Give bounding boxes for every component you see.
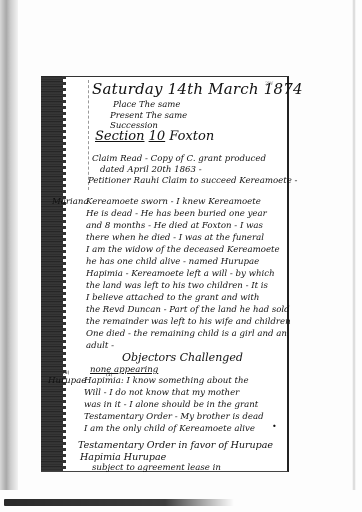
section-number: 10 <box>149 129 166 144</box>
testimony-line: Testamentary Order - My brother is dead <box>84 413 264 422</box>
testimony-line: was in it - I alone should be in the gra… <box>84 401 258 410</box>
present-line: Present The same <box>110 112 187 121</box>
order-line: Testamentary Order in favor of Hurupae <box>78 441 273 451</box>
scanned-document: 2W Saturday 14th March 1874 Place The sa… <box>0 0 362 512</box>
testimony-line: he has one child alive - named Hurupae <box>86 258 259 267</box>
testimony-line: there when he died - I was at the funera… <box>86 234 264 243</box>
claim-line: Claim Read - Copy of C. grant produced <box>92 155 266 164</box>
section-heading: Section 10 Foxton <box>95 130 214 143</box>
testimony-line: the Revd Duncan - Part of the land he ha… <box>86 306 290 315</box>
ink-dot: • <box>272 422 277 431</box>
testimony-line: Hapimia: I know something about the <box>84 377 249 386</box>
testimony-line: I am the widow of the deceased Kereamoet… <box>86 246 280 255</box>
testimony-line: adult - <box>86 342 114 351</box>
section-place: Foxton <box>169 129 214 144</box>
testimony-line: Hapimia - Kereamoete left a will - by wh… <box>86 270 275 279</box>
order-line: Hapimia Hurupae <box>80 453 166 463</box>
claim-line: dated April 20th 1863 - <box>100 166 202 175</box>
date-heading: Saturday 14th March 1874 <box>92 82 303 97</box>
scan-edge-shadow-right <box>352 0 356 490</box>
book-binding-edge <box>41 76 63 471</box>
objectors-heading: Objectors Challenged <box>122 352 243 363</box>
none-appearing-note: none appearing <box>90 366 158 375</box>
scan-edge-shadow-bottom <box>4 499 234 506</box>
margin-rule-line <box>88 80 89 190</box>
testimony-line: He is dead - He has been buried one year <box>86 210 267 219</box>
testimony-line: I believe attached to the grant and with <box>86 294 259 303</box>
scan-edge-shadow-left <box>0 0 18 490</box>
testimony-line: the remainder was left to his wife and c… <box>86 318 291 327</box>
testimony-line: Will - I do not know that my mother <box>84 389 239 398</box>
place-line: Place The same <box>113 101 180 110</box>
testimony-line: Kereamoete sworn - I knew Kereamoete <box>86 198 261 207</box>
testimony-line: the land was left to his two children - … <box>86 282 268 291</box>
claim-line: Petitioner Rauhi Claim to succeed Keream… <box>88 177 297 186</box>
testimony-line: and 8 months - He died at Foxton - I was <box>86 222 263 231</box>
testimony-line: I am the only child of Kereamoete alive <box>84 425 255 434</box>
section-prefix: Section <box>95 129 144 144</box>
testimony-line: One died - the remaining child is a girl… <box>86 330 287 339</box>
witness-margin-name: Mariana <box>52 198 89 207</box>
witness-margin-name: Hurupae <box>48 377 86 386</box>
order-line: subject to agreement lease in <box>92 464 221 473</box>
